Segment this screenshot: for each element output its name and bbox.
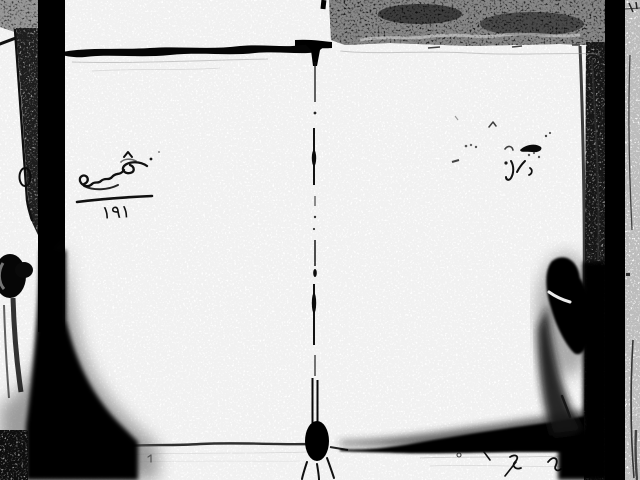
scan-scene: ١٩١ <box>0 0 640 480</box>
right-binding-bar <box>605 0 625 480</box>
top-page-edges-band <box>295 0 612 48</box>
page-number: ١٩١ <box>101 201 131 223</box>
right-margin-strip <box>625 0 640 480</box>
manuscript-scan: ١٩١ <box>0 0 640 480</box>
